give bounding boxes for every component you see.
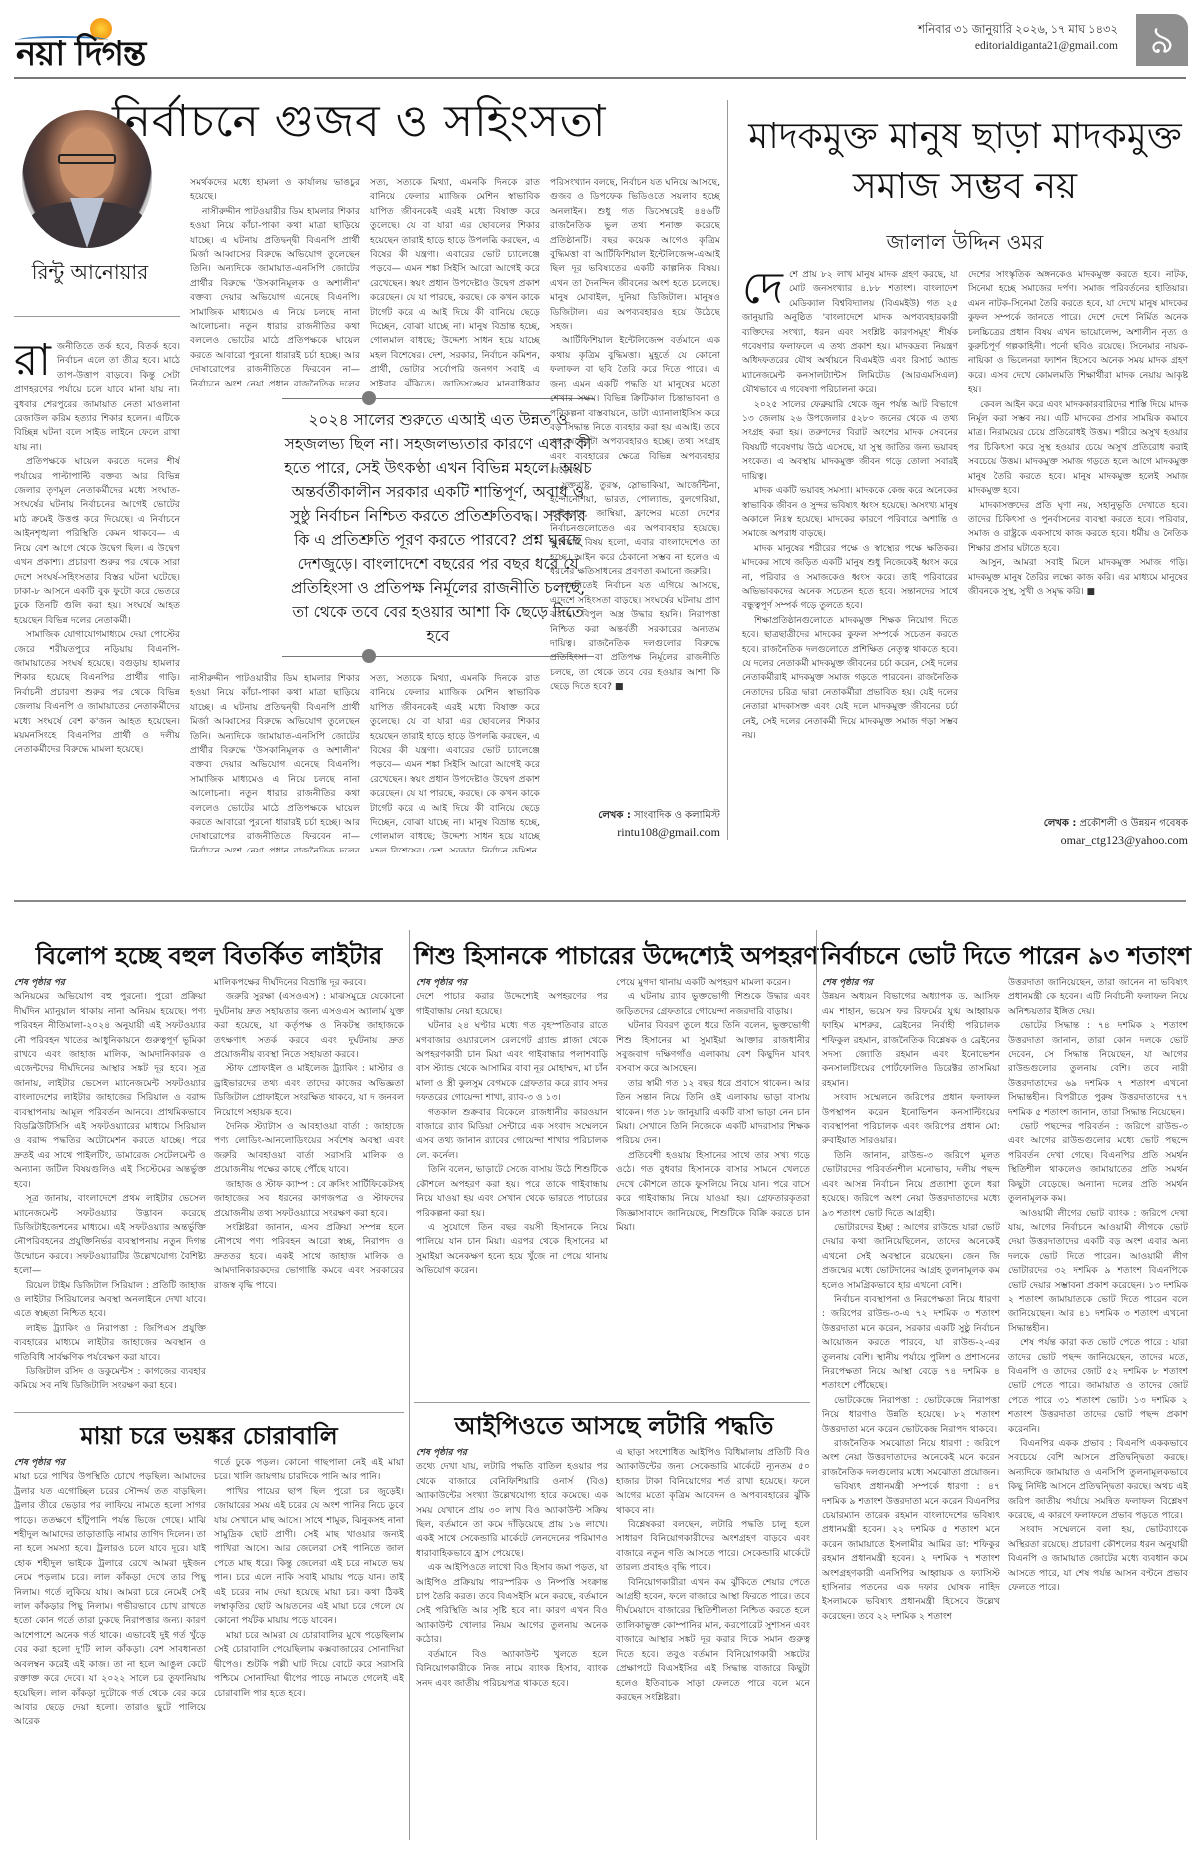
author-signoff: লেখক : সাংবাদিক ও কলামিস্ট rintu108@gmai… [550, 808, 720, 840]
paragraph: দৈনিক স্ট্যাটাস ও আবহাওয়া বার্তা : জাহা… [214, 1120, 404, 1178]
paragraph: সত্য, সত্যকে মিথ্যা, এমনকি দিনকে রাত বান… [370, 176, 540, 386]
news-column-1: শেষ পৃষ্ঠার পর দেশে পাচার করার উদ্দেশ্যে… [416, 976, 608, 1386]
paragraph: তার স্বামী গত ১২ বছর ধরে প্রবাসে থাকেন। … [616, 1077, 810, 1149]
paragraph: জাহাজ ও স্টাফ ক্যাম্প : বে ক্রসিং সার্টি… [214, 1178, 404, 1221]
signoff-role: প্রকৌশলী ও উন্নয়ন গবেষক [1080, 818, 1188, 829]
article-headline: নির্বাচনে গুজব ও সহিংসতা [112, 88, 607, 161]
paragraph: লাইভ ট্র্যাকিং ও নিরাপত্তা : জিপিএস প্রয… [14, 1322, 206, 1365]
news-headline[interactable]: মায়া চরে ভয়ঙ্কর চোরাবালি [14, 1418, 404, 1458]
paragraph: মাদকাসক্তদের প্রতি ঘৃণা নয়, সহানুভূতি দ… [968, 499, 1188, 557]
author-avatar [22, 110, 152, 248]
issue-date: শনিবার ৩১ জানুয়ারি ২০২৬, ১৭ মাঘ ১৪৩২ [918, 22, 1118, 38]
paragraph: মাদক মানুষের শরীরের পক্ষে ও স্বাস্থ্যের … [742, 542, 958, 614]
article-column-1: রাজনীতিতে তর্ক হবে, বিতর্ক হবে। নির্বাচন… [14, 340, 180, 852]
masthead-divider [14, 77, 1186, 79]
paragraph: সামাজিক যোগাযোগমাধ্যমে দেয়া পোস্টের জের… [14, 628, 180, 758]
logo-text: নয়া দিগন্ত [16, 36, 145, 72]
continued-label: শেষ পৃষ্ঠার পর [14, 1456, 206, 1470]
paragraph: প্রতিবেশী হওয়ায় হিসানের সাথে তার সখ্য … [616, 1149, 810, 1235]
paragraph: ঘটনার ২৪ ঘণ্টার মধ্যে গত বৃহস্পতিবার রাত… [416, 1019, 608, 1105]
paragraph: নাসীরুদ্দীন পাটওয়ারীর ডিম হামলার শিকার … [190, 672, 360, 852]
paragraph: তথ্যে দেখা যায়, লটারি পদ্ধতি বাতিল হওয়… [416, 1460, 608, 1561]
date-block: শনিবার ৩১ জানুয়ারি ২০২৬, ১৭ মাঘ ১৪৩২ ed… [918, 22, 1118, 54]
column-divider [409, 930, 410, 1840]
page-number-badge: ৯ [1136, 14, 1188, 66]
column-divider [727, 100, 728, 840]
signoff-label: লেখক : [598, 810, 631, 821]
paragraph: ঘটনার বিবরণ তুলে ধরে তিনি বলেন, ভুক্তভোগ… [616, 1019, 810, 1077]
article-column-4: পরিসংখ্যান বলছে, নির্বাচন যত ঘনিয়ে আসছে… [550, 176, 720, 806]
paragraph: আসুন, আমরা সবাই মিলে মাদকমুক্ত সমাজ গড়ি… [968, 556, 1188, 599]
news-headline[interactable]: বিলোপ হচ্ছে বহুল বিতর্কিত লাইটার [14, 938, 404, 978]
paragraph: কেবল আইন করে এবং মাদককারবারিদের শাস্তি দ… [968, 398, 1188, 499]
paragraph: ভোট পছন্দের পরিবর্তন : জরিপে রাউন্ড-৩ এব… [1008, 1120, 1188, 1206]
article-headline: মাদকমুক্ত মানুষ ছাড়া মাদকমুক্ত সমাজ সম্… [740, 112, 1190, 212]
news-column-1: শেষ পৃষ্ঠার পর মায়া চরে পাখির উপস্থিতি … [14, 1456, 206, 1836]
paragraph: ভোটারদের ইচ্ছা : আগের রাউন্ডে যারা ভোট দ… [822, 1221, 1000, 1293]
paragraph: সংবাদ সম্মেলনে বলা হয়, ভোটব্যাংকে অস্থি… [1008, 1523, 1188, 1595]
paragraph: সংশ্লিষ্টরা জানান, এসব প্রক্রিয়া সম্পন্… [214, 1221, 404, 1293]
article-column-3b: সত্য, সত্যকে মিথ্যা, এমনকি দিনকে রাত বান… [370, 672, 540, 852]
newspaper-logo[interactable]: নয়া দিগন্ত [14, 14, 214, 70]
author-email[interactable]: omar_ctg123@yahoo.com [968, 832, 1188, 848]
news-column-2: গর্তে ঢুকে পড়ল। কোনো গাছপালা নেই এই মায… [214, 1456, 404, 1836]
paragraph: পরিসংখ্যান বলছে, নির্বাচন যত ঘনিয়ে আসছে… [550, 176, 720, 334]
paragraph: উন্নয়ন অধ্যয়ন বিভাগের অধ্যাপক ড. আসিফ … [822, 990, 1000, 1091]
paragraph: জরুরি সুরক্ষা (এসওএস) : মাঝসমুদ্রে যেকোন… [214, 990, 404, 1062]
paragraph: ভবিষ্যৎ প্রধানমন্ত্রী সম্পর্কে ধারণা : ৪… [822, 1480, 1000, 1624]
paragraph: এ সুযোগে তিন বছর বয়সী হিসানকে নিয়ে পাল… [416, 1221, 608, 1279]
author-signoff: লেখক : প্রকৌশলী ও উন্নয়ন গবেষক omar_ctg… [968, 816, 1188, 848]
paragraph: প্রতিপক্ষকে ঘায়েল করতে দলের শীর্ষ পর্যা… [14, 455, 180, 628]
column-divider [816, 930, 817, 1840]
article-column-2: দেশের সাংস্কৃতিক অঙ্গনকেও মাদকমুক্ত করতে… [968, 268, 1188, 816]
pullquote-dot-icon [362, 391, 376, 405]
paragraph: ভোটকেন্দ্রে নিরাপত্তা : ভোটকেন্দ্রে নিরা… [822, 1394, 1000, 1437]
continued-label: শেষ পৃষ্ঠার পর [822, 976, 1000, 990]
paragraph: এ ঘটনায় র‍্যাব ভুক্তভোগী শিশুকে উদ্ধার … [616, 990, 810, 1019]
paragraph: দেশে পাচার করার উদ্দেশ্যেই অপহরণের পর গা… [416, 990, 608, 1019]
glasses-icon [58, 154, 116, 164]
news-column-2: পেয়ে মুগদা থানায় একটি অপহরণ মামলা করেন… [616, 976, 810, 1386]
paragraph: আওয়ামী লীগের ভোট ব্যাংক : জরিপে দেখা যা… [1008, 1207, 1188, 1337]
pullquote: ২০২৪ সালের শুরুতে এআই এত উন্নত ও সহজলভ্য… [282, 408, 594, 648]
paragraph: নাসীরুদ্দীন পাটওয়ারীর ডিম হামলার শিকার … [190, 205, 360, 386]
article-column-2: সমর্থকদের মধ্যে হামলা ও কার্যালয় ভাঙচুর… [190, 176, 360, 386]
news-column-1: শেষ পৃষ্ঠার পর তথ্যে দেখা যায়, লটারি পদ… [416, 1446, 608, 1836]
continued-label: শেষ পৃষ্ঠার পর [416, 1446, 608, 1460]
paragraph: তিনি বলেন, ভাড়াটে সেজে বাসায় উঠে শিশুট… [416, 1163, 608, 1221]
paragraph: পাখির পায়ের ছাপ ছিল পুরো চর জুড়েই। জোয… [214, 1485, 404, 1629]
paragraph: বিএনপির একক প্রভাব : বিএনপি এককভাবে সবচে… [1008, 1437, 1188, 1523]
paragraph: তিনি জানান, রাউন্ড-৩ জরিপে মূলত ভোটারদের… [822, 1149, 1000, 1221]
paragraph: এক আইপিওতে লাখো বিও হিসাব জমা পড়ত, যা আ… [416, 1561, 608, 1647]
drop-cap: রা [14, 342, 51, 380]
paragraph: বিনিয়োগকারীরা এখন কম ঝুঁকিতে শেয়ার পেত… [616, 1576, 810, 1706]
paragraph: ভোটের সিদ্ধান্ত : ৭৪ দশমিক ২ শতাংশ উত্তর… [1008, 1019, 1188, 1120]
paragraph: সূত্র জানায়, বাংলাদেশে প্রথম লাইটার ভেস… [14, 1192, 206, 1278]
continued-label: শেষ পৃষ্ঠার পর [14, 976, 206, 990]
paragraph: যুক্তরাষ্ট্র, তুরস্ক, স্লোভাকিয়া, আর্জে… [550, 479, 720, 580]
paragraph: আর্টিফিশিয়াল ইন্টেলিজেন্স বর্তমানে এক ক… [550, 334, 720, 478]
pullquote-dot-icon [362, 649, 376, 663]
editorial-email[interactable]: editorialdiganta21@gmail.com [918, 38, 1118, 54]
section-divider [14, 900, 1186, 902]
author-name: রিন্টু আনোয়ার [0, 258, 180, 291]
paragraph: রাজনৈতিক সমঝোতা নিয়ে ধারণা : জরিপে অংশ … [822, 1437, 1000, 1480]
section-divider [414, 1402, 810, 1403]
paragraph: শিক্ষাপ্রতিষ্ঠানগুলোতে মাদকমুক্ত শিক্ষক … [742, 614, 958, 744]
paragraph: অনিয়মের অভিযোগ বহু পুরনো। পুরো প্রক্রিয… [14, 990, 206, 1192]
news-column-1: শেষ পৃষ্ঠার পর উন্নয়ন অধ্যয়ন বিভাগের অ… [822, 976, 1000, 1838]
drop-cap: দে [742, 270, 783, 308]
news-column-1: শেষ পৃষ্ঠার পর অনিয়মের অভিযোগ বহু পুরনো… [14, 976, 206, 1406]
paragraph: রিয়েল টাইম ডিজিটাল সিরিয়াল : প্রতিটি জ… [14, 1279, 206, 1322]
paragraph: পেয়ে মুগদা থানায় একটি অপহরণ মামলা করেন… [616, 976, 810, 990]
headline-line-1: মাদকমুক্ত মানুষ ছাড়া মাদকমুক্ত [748, 116, 1181, 157]
headline-line-2: সমাজ সম্ভব নয় [853, 166, 1077, 207]
paragraph: মালিকপক্ষের দীর্ঘদিনের বিভ্রান্তি দূর কর… [214, 976, 404, 990]
paragraph: নির্বাচন ব্যবস্থাপনা ও নিরপেক্ষতা নিয়ে … [822, 1293, 1000, 1394]
signoff-label: লেখক : [1044, 818, 1077, 829]
news-headline[interactable]: নির্বাচনে ভোট দিতে পারেন ৯৩ শতাংশ [820, 938, 1192, 978]
paragraph: বর্তমানে বিও অ্যাকাউন্ট খুলতে হলে বিনিয়… [416, 1648, 608, 1691]
paragraph: স্টাফ প্রোফাইল ও মাইলেজ ট্র্যাকিং : মাস্… [214, 1062, 404, 1120]
paragraph: গর্তে ঢুকে পড়ল। কোনো গাছপালা নেই এই মায… [214, 1456, 404, 1485]
article-column-2b: নাসীরুদ্দীন পাটওয়ারীর ডিম হামলার শিকার … [190, 672, 360, 852]
paragraph: ডিজিটাল রসিদ ও ডকুমেন্টস : কাগজের ব্যবহা… [14, 1365, 206, 1394]
paragraph: উত্তরদাতা জানিয়েছেন, তারা জানেন না ভবিষ… [1008, 976, 1188, 1019]
paragraph: মাদক একটি ভয়াবহ সমস্যা। মাদককে কেন্দ্র … [742, 484, 958, 542]
news-column-2: এ ছাড়া সংশোধিত আইপিও বিধিমালায় প্রতিটি… [616, 1446, 810, 1836]
paragraph: দেশের সাংস্কৃতিক অঙ্গনকেও মাদকমুক্ত করতে… [968, 268, 1188, 398]
paragraph: ২০২৫ সালের ফেব্রুয়ারি থেকে জুন পর্যন্ত … [742, 398, 958, 484]
section-divider [14, 1412, 404, 1413]
continued-label: শেষ পৃষ্ঠার পর [416, 976, 608, 990]
paragraph: মায়া চরে পাখির উপস্থিতি চোখে পড়ছিল। আম… [14, 1470, 206, 1729]
article-column-1: দেশে প্রায় ৮২ লাখ মানুষ মাদক গ্রহণ করছে… [742, 268, 958, 848]
paragraph: এ ছাড়া সংশোধিত আইপিও বিধিমালায় প্রতিটি… [616, 1446, 810, 1518]
news-column-2: উত্তরদাতা জানিয়েছেন, তারা জানেন না ভবিষ… [1008, 976, 1188, 1838]
author-divider [14, 316, 180, 317]
signoff-role: সাংবাদিক ও কলামিস্ট [634, 810, 720, 821]
pullquote-bottom-rule [282, 656, 594, 657]
paragraph: বিশ্লেষকরা বলছেন, লটারি পদ্ধতি চালু হলে … [616, 1518, 810, 1576]
news-headline[interactable]: শিশু হিসানকে পাচারের উদ্দেশ্যেই অপহরণ [414, 938, 814, 978]
pullquote-top-rule [282, 398, 594, 399]
masthead: নয়া দিগন্ত শনিবার ৩১ জানুয়ারি ২০২৬, ১৭… [0, 0, 1200, 78]
article-column-3: সত্য, সত্যকে মিথ্যা, এমনকি দিনকে রাত বান… [370, 176, 540, 386]
news-column-2: মালিকপক্ষের দীর্ঘদিনের বিভ্রান্তি দূর কর… [214, 976, 404, 1406]
paragraph: গতকাল শুক্রবার বিকেলে রাজধানীর কারওয়ান … [416, 1106, 608, 1164]
paragraph: সংবাদ সম্মেলনে জরিপের প্রধান ফলাফল উপস্থ… [822, 1091, 1000, 1149]
paragraph: সমর্থকদের মধ্যে হামলা ও কার্যালয় ভাঙচুর… [190, 176, 360, 205]
paragraph: এমনিতেই নির্বাচন যত এগিয়ে আসছে, এদেশে স… [550, 579, 720, 694]
paragraph: শেষ পর্যন্ত কারা কত ভোট পেতে পারে : যারা… [1008, 1336, 1188, 1437]
news-headline[interactable]: আইপিওতে আসছে লটারি পদ্ধতি [414, 1408, 814, 1448]
paragraph: মায়া চরে আমরা যে চোরাবালির মুখে পড়েছিল… [214, 1629, 404, 1701]
author-email[interactable]: rintu108@gmail.com [550, 824, 720, 840]
author-byline: জালাল উদ্দিন ওমর [740, 228, 1190, 261]
paragraph: সত্য, সত্যকে মিথ্যা, এমনকি দিনকে রাত বান… [370, 672, 540, 852]
